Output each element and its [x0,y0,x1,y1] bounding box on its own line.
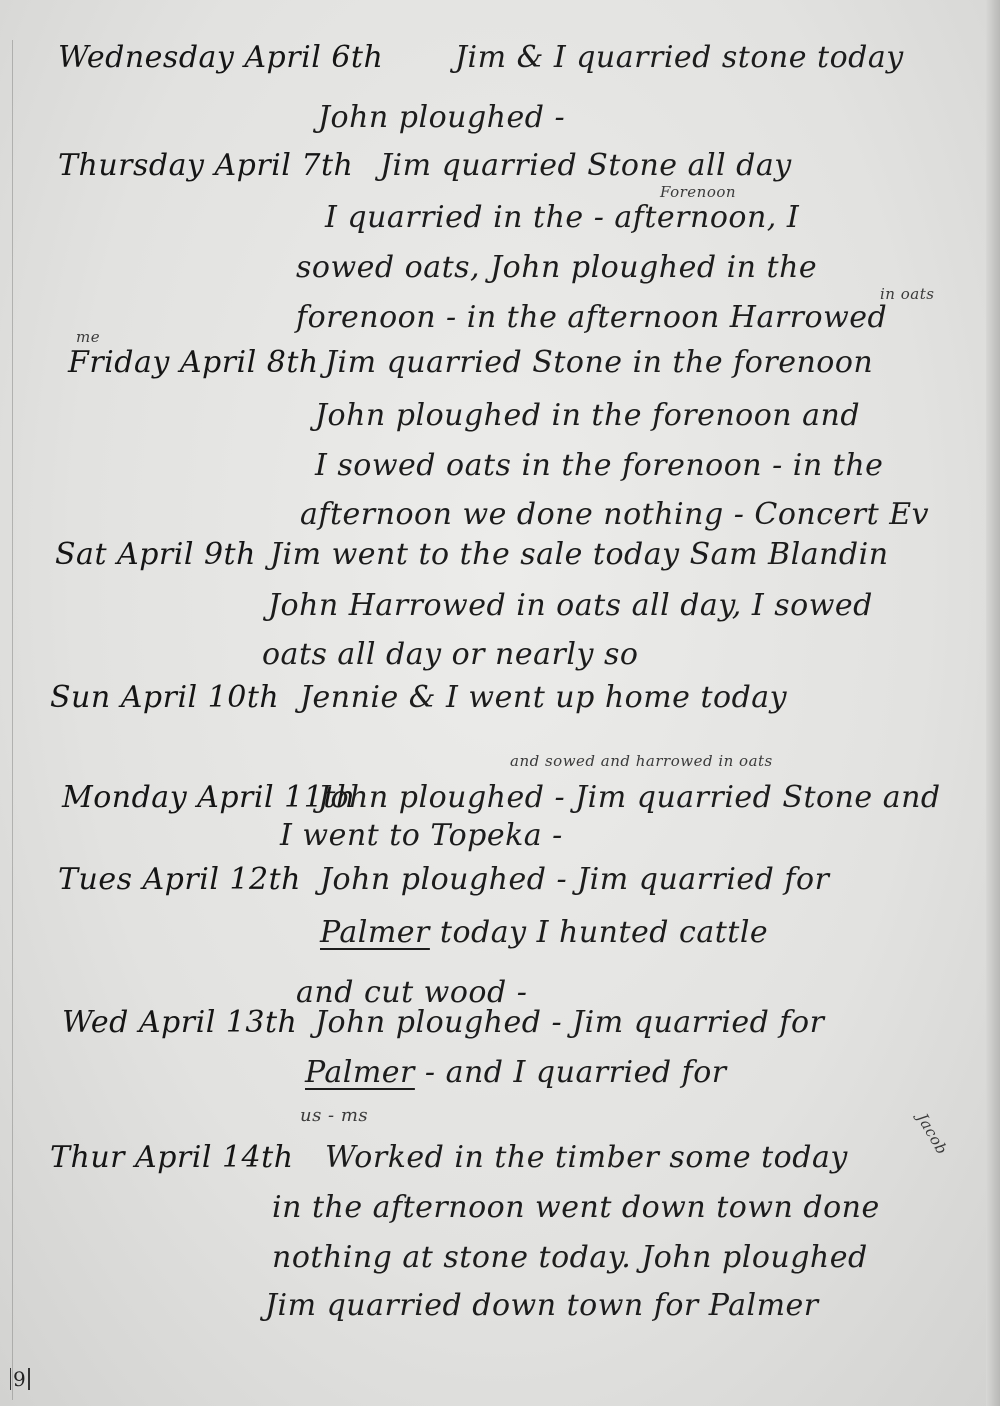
entry-line: John ploughed in the forenoon and [315,398,860,433]
entry-line: Palmer today I hunted cattle [320,915,768,950]
entry-line: John ploughed - [318,100,565,135]
margin-rule [12,40,13,1400]
insertion-note: Jacob [913,1110,951,1158]
entry-line: oats all day or nearly so [262,637,638,672]
entry-line: John ploughed - Jim quarried for [320,862,829,897]
entry-date: Tues April 12th [58,862,301,897]
entry-line: Jim went to the sale today Sam Blandin [270,537,889,572]
entry-line: Palmer - and I quarried for [305,1055,727,1090]
insertion-note: Forenoon [660,183,736,201]
underlined-name: Palmer [320,915,430,950]
page-edge-shadow [986,0,1000,1406]
entry-line: sowed oats, John ploughed in the [296,250,817,285]
margin-mark: me [76,328,100,346]
entry-date: Wednesday April 6th [58,40,383,75]
diary-page: Wednesday April 6th Jim & I quarried sto… [0,0,1000,1406]
entry-date: Sun April 10th [50,680,279,715]
entry-line: forenoon - in the afternoon Harrowed [296,300,887,335]
entry-line: Jim quarried down town for Palmer [265,1288,819,1323]
entry-date: Sat April 9th [55,537,256,572]
entry-date: Friday April 8th [68,345,319,380]
entry-date: Wed April 13th [62,1005,297,1040]
entry-line: us - ms [300,1105,368,1126]
entry-line: afternoon we done nothing - Concert Ev [300,497,929,532]
entry-line-rest: today I hunted cattle [440,915,768,950]
entry-line: Jim quarried Stone in the forenoon [325,345,873,380]
page-number: 9 [10,1368,30,1390]
entry-date: Thur April 14th [50,1140,294,1175]
entry-line: Jim & I quarried stone today [455,40,904,75]
entry-line: John ploughed - Jim quarried Stone and [318,780,941,815]
insertion-note: in oats [880,285,934,303]
entry-date: Monday April 11th [62,780,356,815]
entry-line: in the afternoon went down town done [272,1190,880,1225]
entry-line-rest: - and I quarried for [425,1055,727,1090]
entry-line: Worked in the timber some today [325,1140,848,1175]
entry-line: I went to Topeka - [280,818,563,853]
entry-date: Thursday April 7th [58,148,353,183]
insertion-note: and sowed and harrowed in oats [510,752,773,770]
entry-line: Jennie & I went up home today [300,680,787,715]
entry-line: John ploughed - Jim quarried for [315,1005,824,1040]
entry-line: Jim quarried Stone all day [380,148,792,183]
underlined-name: Palmer [305,1055,415,1090]
entry-line: nothing at stone today. John ploughed [272,1240,868,1275]
entry-line: John Harrowed in oats all day, I sowed [268,588,873,623]
entry-line: I sowed oats in the forenoon - in the [315,448,883,483]
entry-line: I quarried in the - afternoon, I [325,200,799,235]
